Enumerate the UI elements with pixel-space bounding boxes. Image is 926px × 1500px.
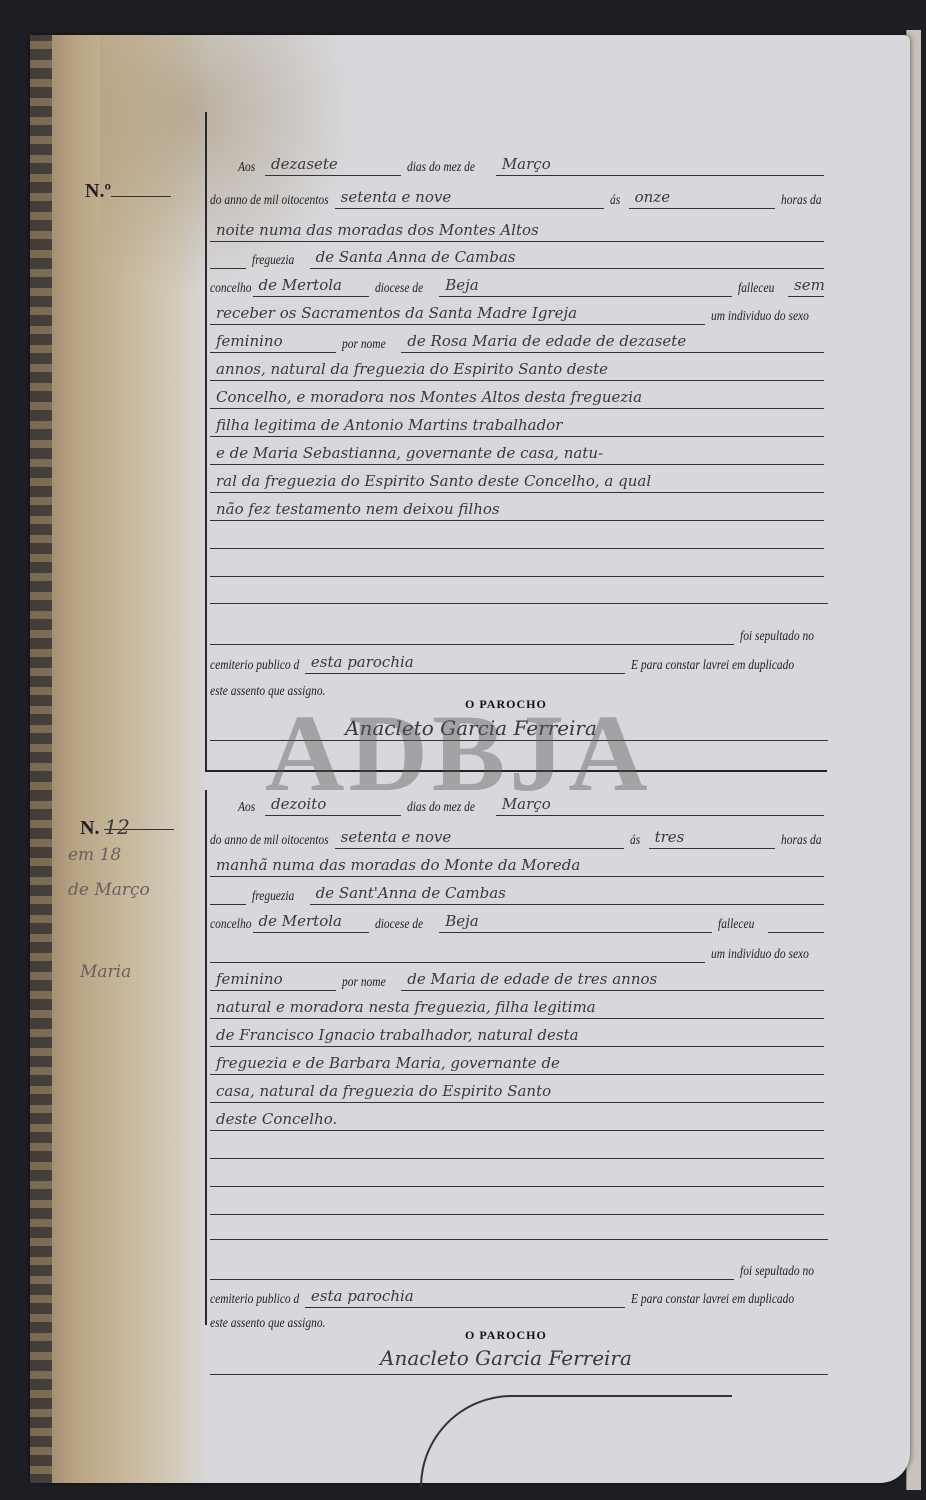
field-diocese: Beja [439, 274, 731, 297]
field-day: dezoito [265, 793, 401, 816]
signature-line [210, 1374, 828, 1375]
field-day: dezasete [265, 153, 401, 176]
row-year: do anno de mil oitocentos setenta e nove… [210, 183, 830, 209]
field-nome: de Maria de edade de tres annos [401, 968, 824, 991]
body-line [210, 523, 830, 549]
blank-line [210, 603, 828, 604]
blank-line [210, 1239, 828, 1240]
field-falleceu: sem [788, 274, 824, 297]
field-place: manhã numa das moradas do Monte da Mored… [210, 854, 824, 877]
row-cemiterio: cemiterio publico d esta parochia E para… [210, 1282, 830, 1308]
row-date: Aos dezasete dias do mez de Março [210, 150, 830, 176]
field-place: noite numa das moradas dos Montes Altos [210, 219, 824, 242]
body-line [210, 551, 830, 577]
field-diocese: Beja [439, 910, 711, 933]
body-line: freguezia e de Barbara Maria, governante… [210, 1049, 830, 1075]
field-freguezia: de Sant'Anna de Cambas [310, 882, 824, 905]
row-nome: feminino por nome de Rosa Maria de edade… [210, 327, 830, 353]
body-line [210, 1189, 830, 1215]
margin-note: Maria [80, 962, 131, 982]
field-month: Março [496, 793, 824, 816]
row-concelho: concelho de Mertola diocese de Beja fall… [210, 271, 830, 297]
row-sacramentos: um individuo do sexo [210, 937, 830, 963]
row-date: Aos dezoito dias do mez de Março [210, 790, 830, 816]
body-line [210, 1161, 830, 1187]
field-freguezia: de Santa Anna de Cambas [310, 246, 824, 269]
body-line: filha legitima de Antonio Martins trabal… [210, 411, 830, 437]
row-concelho: concelho de Mertola diocese de Beja fall… [210, 907, 830, 933]
row-place: noite numa das moradas dos Montes Altos [210, 216, 830, 242]
body-line: de Francisco Ignacio trabalhador, natura… [210, 1021, 830, 1047]
field-sacramentos: receber os Sacramentos da Santa Madre Ig… [210, 302, 705, 325]
entry-number: N. 12 [80, 815, 174, 840]
signature-flourish [420, 1395, 732, 1487]
field-sexo: feminino [210, 330, 336, 353]
field-hour: onze [629, 186, 775, 209]
margin-note: de Março [68, 880, 150, 900]
entry-number: N.º [85, 180, 171, 203]
field-hour: tres [649, 826, 775, 849]
field-cemiterio: esta parochia [305, 651, 625, 674]
field-month: Março [496, 153, 824, 176]
field-year: setenta e nove [335, 186, 604, 209]
row-year: do anno de mil oitocentos setenta e nove… [210, 823, 830, 849]
field-sexo: feminino [210, 968, 336, 991]
row-freguezia: freguezia de Santa Anna de Cambas [210, 243, 830, 269]
field-sacramentos [210, 940, 705, 963]
body-line: annos, natural da freguezia do Espirito … [210, 355, 830, 381]
field-concelho: de Mertola [253, 910, 369, 933]
body-line: e de Maria Sebastianna, governante de ca… [210, 439, 830, 465]
row-sepultado: foi sepultado no [210, 1254, 830, 1280]
margin-divider-2 [205, 790, 207, 1325]
row-cemiterio: cemiterio publico d esta parochia E para… [210, 648, 830, 674]
row-sacramentos: receber os Sacramentos da Santa Madre Ig… [210, 299, 830, 325]
field-nome: de Rosa Maria de edade de dezasete [401, 330, 824, 353]
row-place: manhã numa das moradas do Monte da Mored… [210, 851, 830, 877]
row-freguezia: freguezia de Sant'Anna de Cambas [210, 879, 830, 905]
field-year: setenta e nove [335, 826, 624, 849]
torn-edge [30, 35, 52, 1483]
field-falleceu [768, 910, 824, 933]
body-line: deste Concelho. [210, 1105, 830, 1131]
row-nome: feminino por nome de Maria de edade de t… [210, 965, 830, 991]
parocho-label: O PAROCHO [465, 1328, 547, 1343]
body-line: não fez testamento nem deixou filhos [210, 495, 830, 521]
body-line: Concelho, e moradora nos Montes Altos de… [210, 383, 830, 409]
body-line: casa, natural da freguezia do Espirito S… [210, 1077, 830, 1103]
row-sepultado: foi sepultado no [210, 619, 830, 645]
parocho-signature: Anacleto Garcia Ferreira [380, 1346, 632, 1370]
field-concelho: de Mertola [253, 274, 369, 297]
body-line: ral da freguezia do Espirito Santo deste… [210, 467, 830, 493]
margin-divider-1 [205, 112, 207, 772]
body-line [210, 1133, 830, 1159]
field-cemiterio: esta parochia [305, 1285, 625, 1308]
body-line: natural e moradora nesta freguezia, filh… [210, 993, 830, 1019]
margin-note: em 18 [68, 845, 121, 865]
